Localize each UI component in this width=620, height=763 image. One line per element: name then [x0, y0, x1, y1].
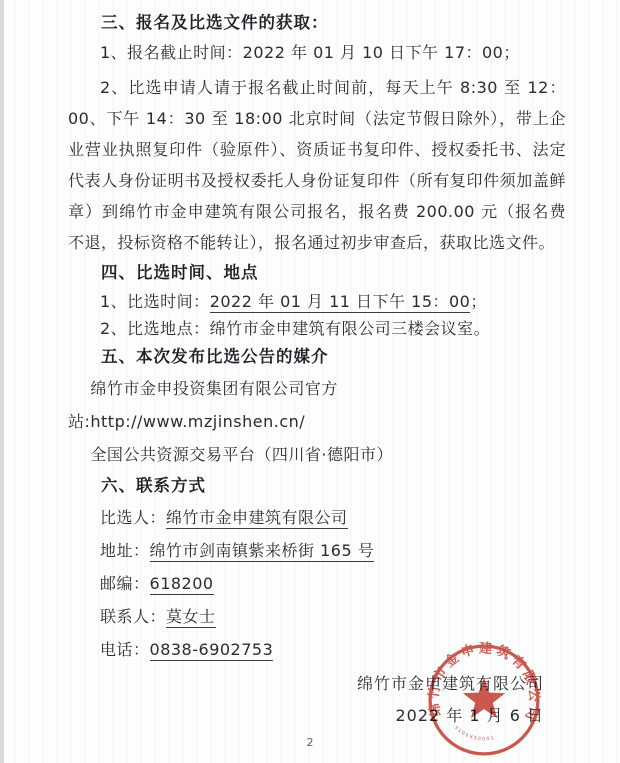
- contact-row-postcode: 邮编：618200: [100, 567, 566, 600]
- contact-row-bixuanren: 比选人：绵竹市金申建筑有限公司: [100, 501, 566, 534]
- section-6-heading: 六、联系方式: [68, 471, 566, 501]
- section-5-heading: 五、本次发布比选公告的媒介: [68, 342, 566, 372]
- bixuan-time-suffix: ；: [470, 292, 487, 311]
- contact-value: 0838-6902753: [150, 640, 274, 661]
- contact-row-address: 地址：绵竹市剑南镇紫来桥街 165 号: [100, 534, 566, 567]
- media-public-platform: 全国公共资源交易平台（四川省·德阳市）: [68, 438, 566, 471]
- section-3-item-1: 1、报名截止时间：2022 年 01 月 10 日下午 17：00；: [68, 38, 566, 68]
- contact-label: 电话：: [100, 640, 150, 659]
- scan-left-edge: [0, 0, 4, 763]
- bixuan-time-value: 2022 年 01 月 11 日下午 15：00: [210, 292, 471, 313]
- section-4-heading: 四、比选时间、地点: [68, 258, 566, 288]
- contact-label: 地址：: [100, 541, 150, 560]
- contact-row-person: 联系人：莫女士: [100, 600, 566, 633]
- bixuan-time-label: 1、比选时间：: [100, 292, 210, 311]
- company-seal-stamp: 绵竹市金申建筑有限公司 5106830001: [426, 639, 542, 763]
- contact-value: 618200: [150, 574, 214, 595]
- contact-value: 绵竹市剑南镇紫来桥街 165 号: [150, 541, 375, 562]
- section-4-item-1: 1、比选时间：2022 年 01 月 11 日下午 15：00；: [68, 288, 566, 315]
- stamp-star-icon: [463, 678, 505, 718]
- document-page: 三、报名及比选文件的获取： 1、报名截止时间：2022 年 01 月 10 日下…: [0, 0, 620, 763]
- contact-label: 比选人：: [100, 508, 166, 527]
- section-4-item-2: 2、比选地点：绵竹市金申建筑有限公司三楼会议室。: [68, 315, 566, 342]
- stamp-serial-text: 5106830001: [453, 725, 496, 742]
- contact-value: 莫女士: [166, 607, 216, 628]
- contact-label: 联系人：: [100, 607, 166, 626]
- contact-label: 邮编：: [100, 574, 150, 593]
- section-3-heading: 三、报名及比选文件的获取：: [68, 8, 566, 38]
- contact-value: 绵竹市金申建筑有限公司: [166, 508, 348, 529]
- stamp-serial-holder: 5106830001: [453, 725, 496, 742]
- section-3-item-2: 2、比选申请人请于报名截止时间前，每天上午 8:30 至 12：00、下午 14…: [68, 72, 566, 258]
- media-official-site: 绵竹市金申投资集团有限公司官方站:http://www.mzjinshen.cn…: [68, 372, 566, 438]
